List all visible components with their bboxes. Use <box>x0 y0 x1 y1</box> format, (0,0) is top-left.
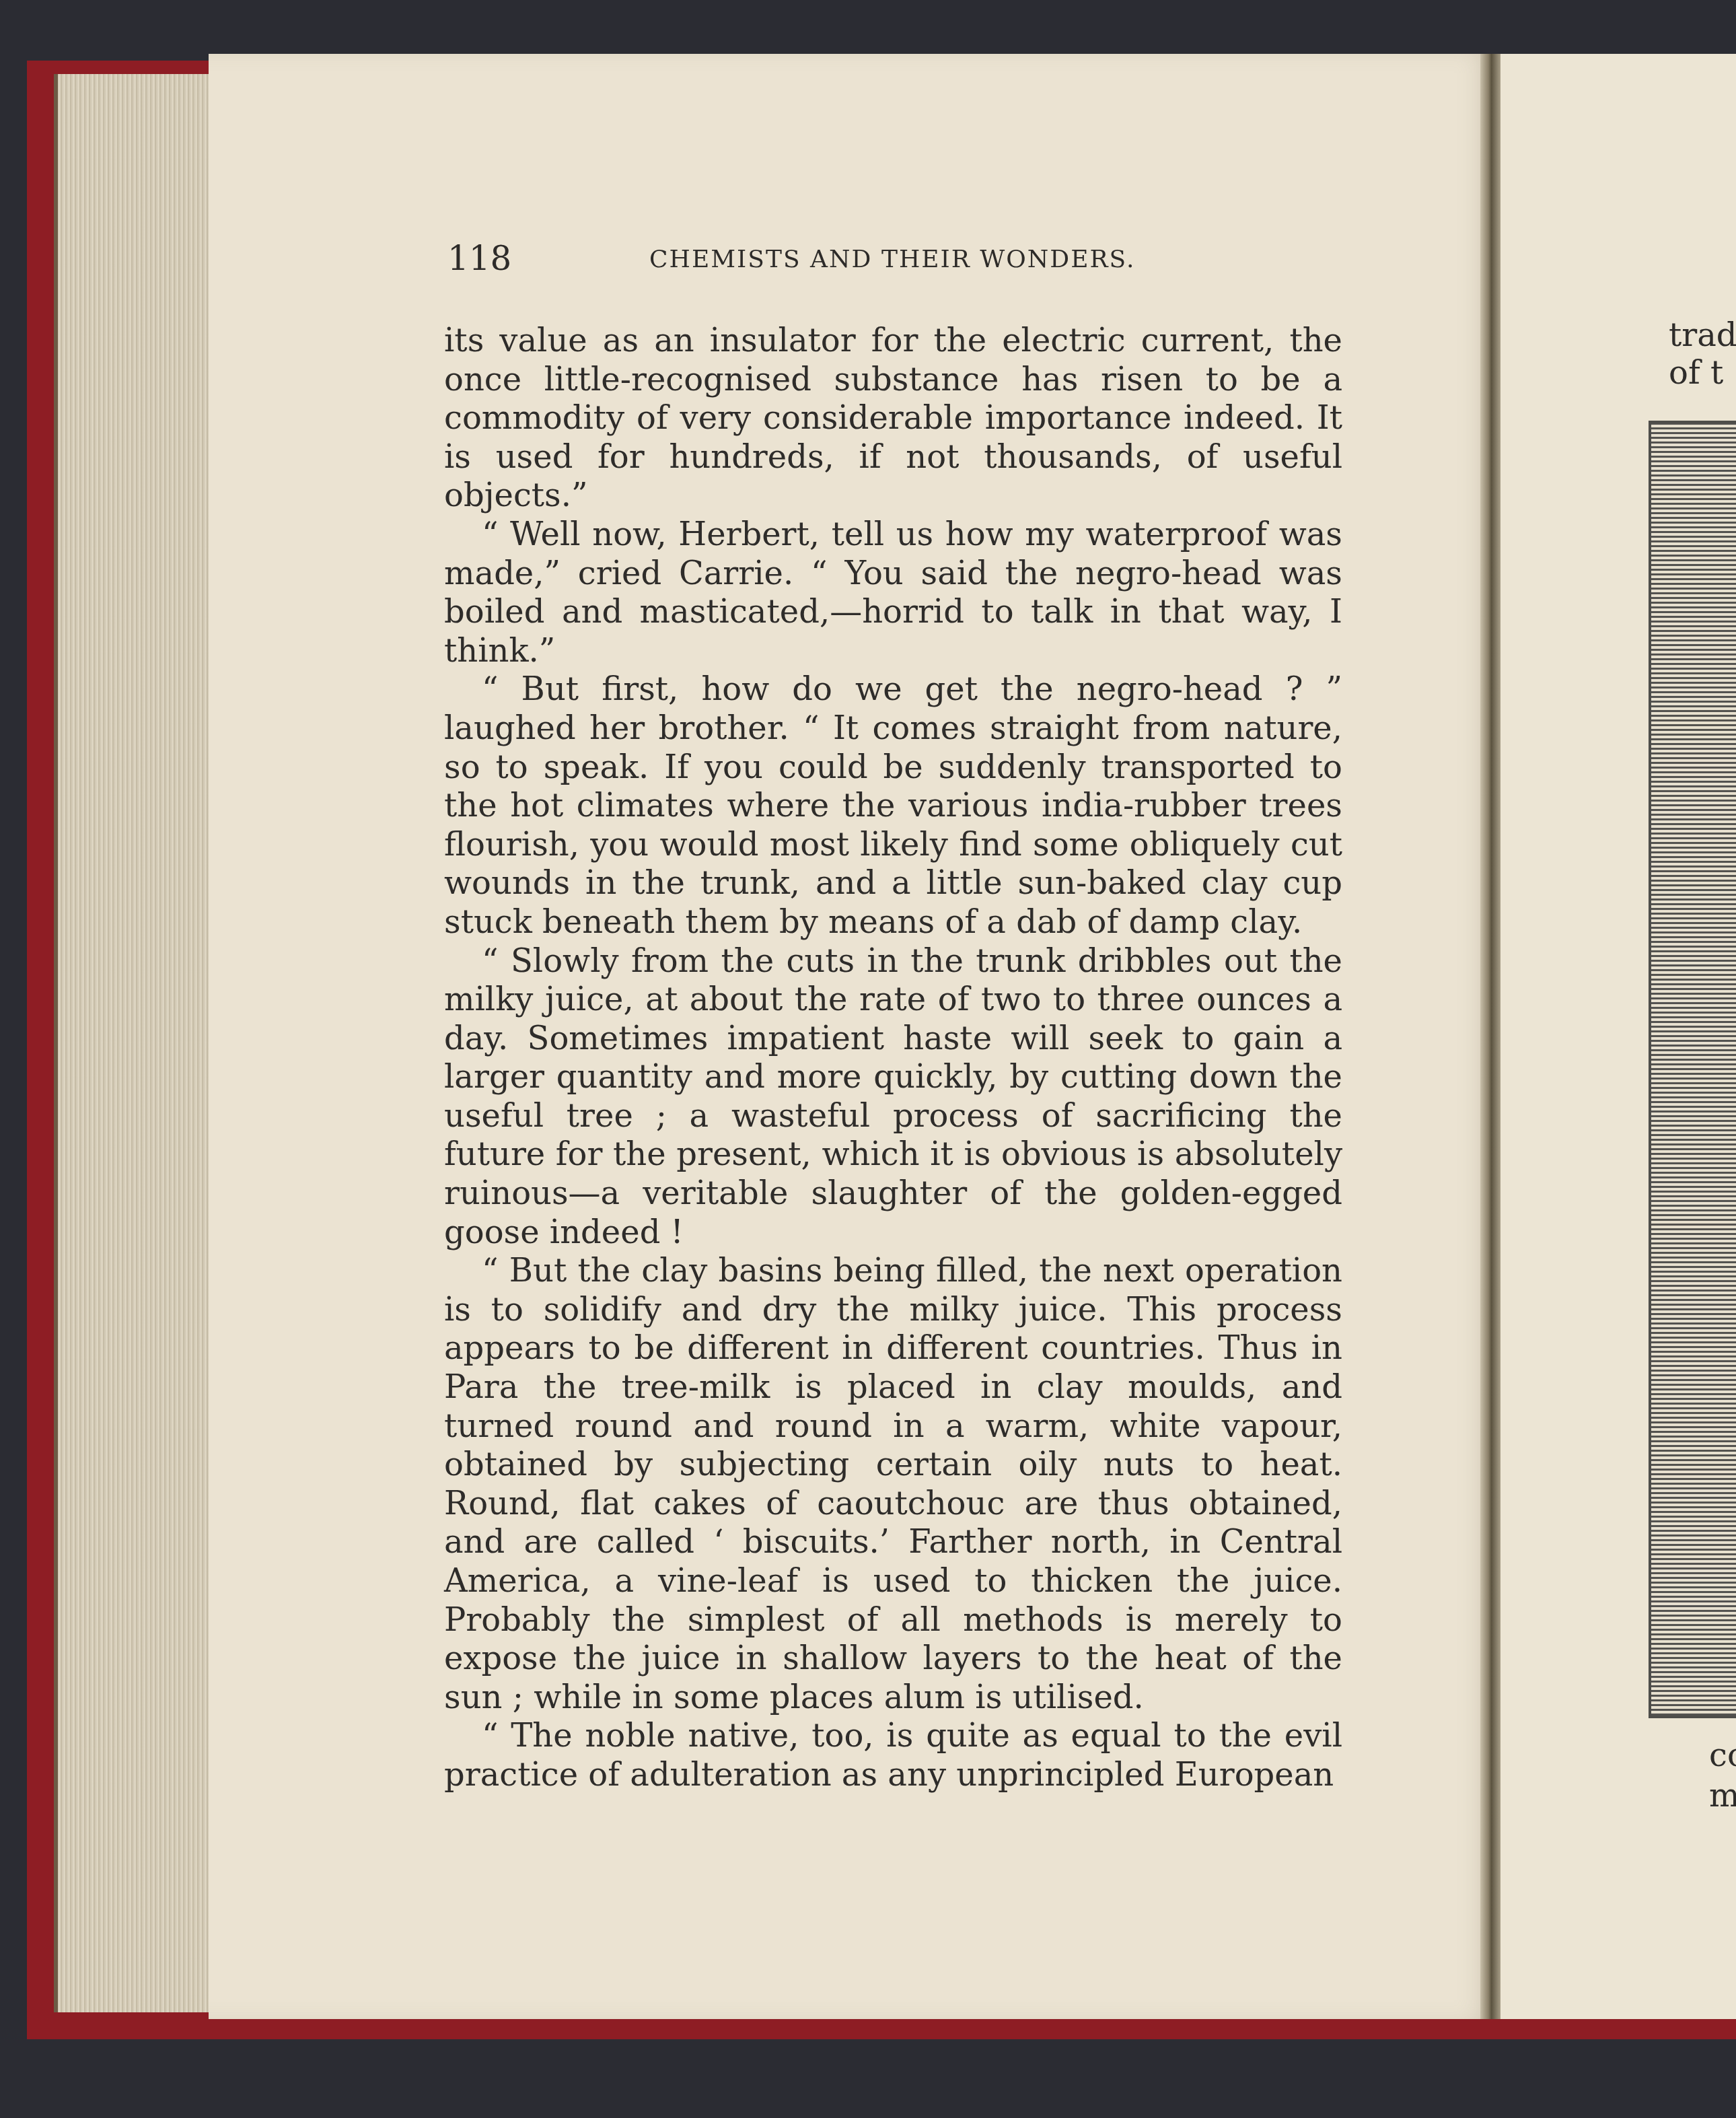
right-fragment: of t <box>1669 354 1723 392</box>
book-gutter <box>1480 54 1500 2019</box>
engraving-illustration <box>1649 421 1736 1718</box>
running-title: CHEMISTS AND THEIR WONDERS. <box>649 246 1135 273</box>
right-fragment: m <box>1709 1777 1736 1814</box>
paragraph: its value as an insulator for the electr… <box>444 322 1342 516</box>
paragraph: “ Well now, Herbert, tell us how my wate… <box>444 516 1342 670</box>
paragraph: “ Slowly from the cuts in the trunk drib… <box>444 942 1342 1252</box>
page-edges <box>54 74 219 2012</box>
right-fragment: co <box>1709 1736 1736 1774</box>
running-head: 118 CHEMISTS AND THEIR WONDERS. <box>447 239 1349 286</box>
paragraph: “ But first, how do we get the negro-hea… <box>444 670 1342 942</box>
right-fragment: trad <box>1669 316 1736 354</box>
body-text: its value as an insulator for the electr… <box>444 322 1342 1795</box>
paragraph: “ The noble native, too, is quite as equ… <box>444 1717 1342 1794</box>
paragraph: “ But the clay basins being filled, the … <box>444 1252 1342 1717</box>
page-number: 118 <box>447 239 511 278</box>
